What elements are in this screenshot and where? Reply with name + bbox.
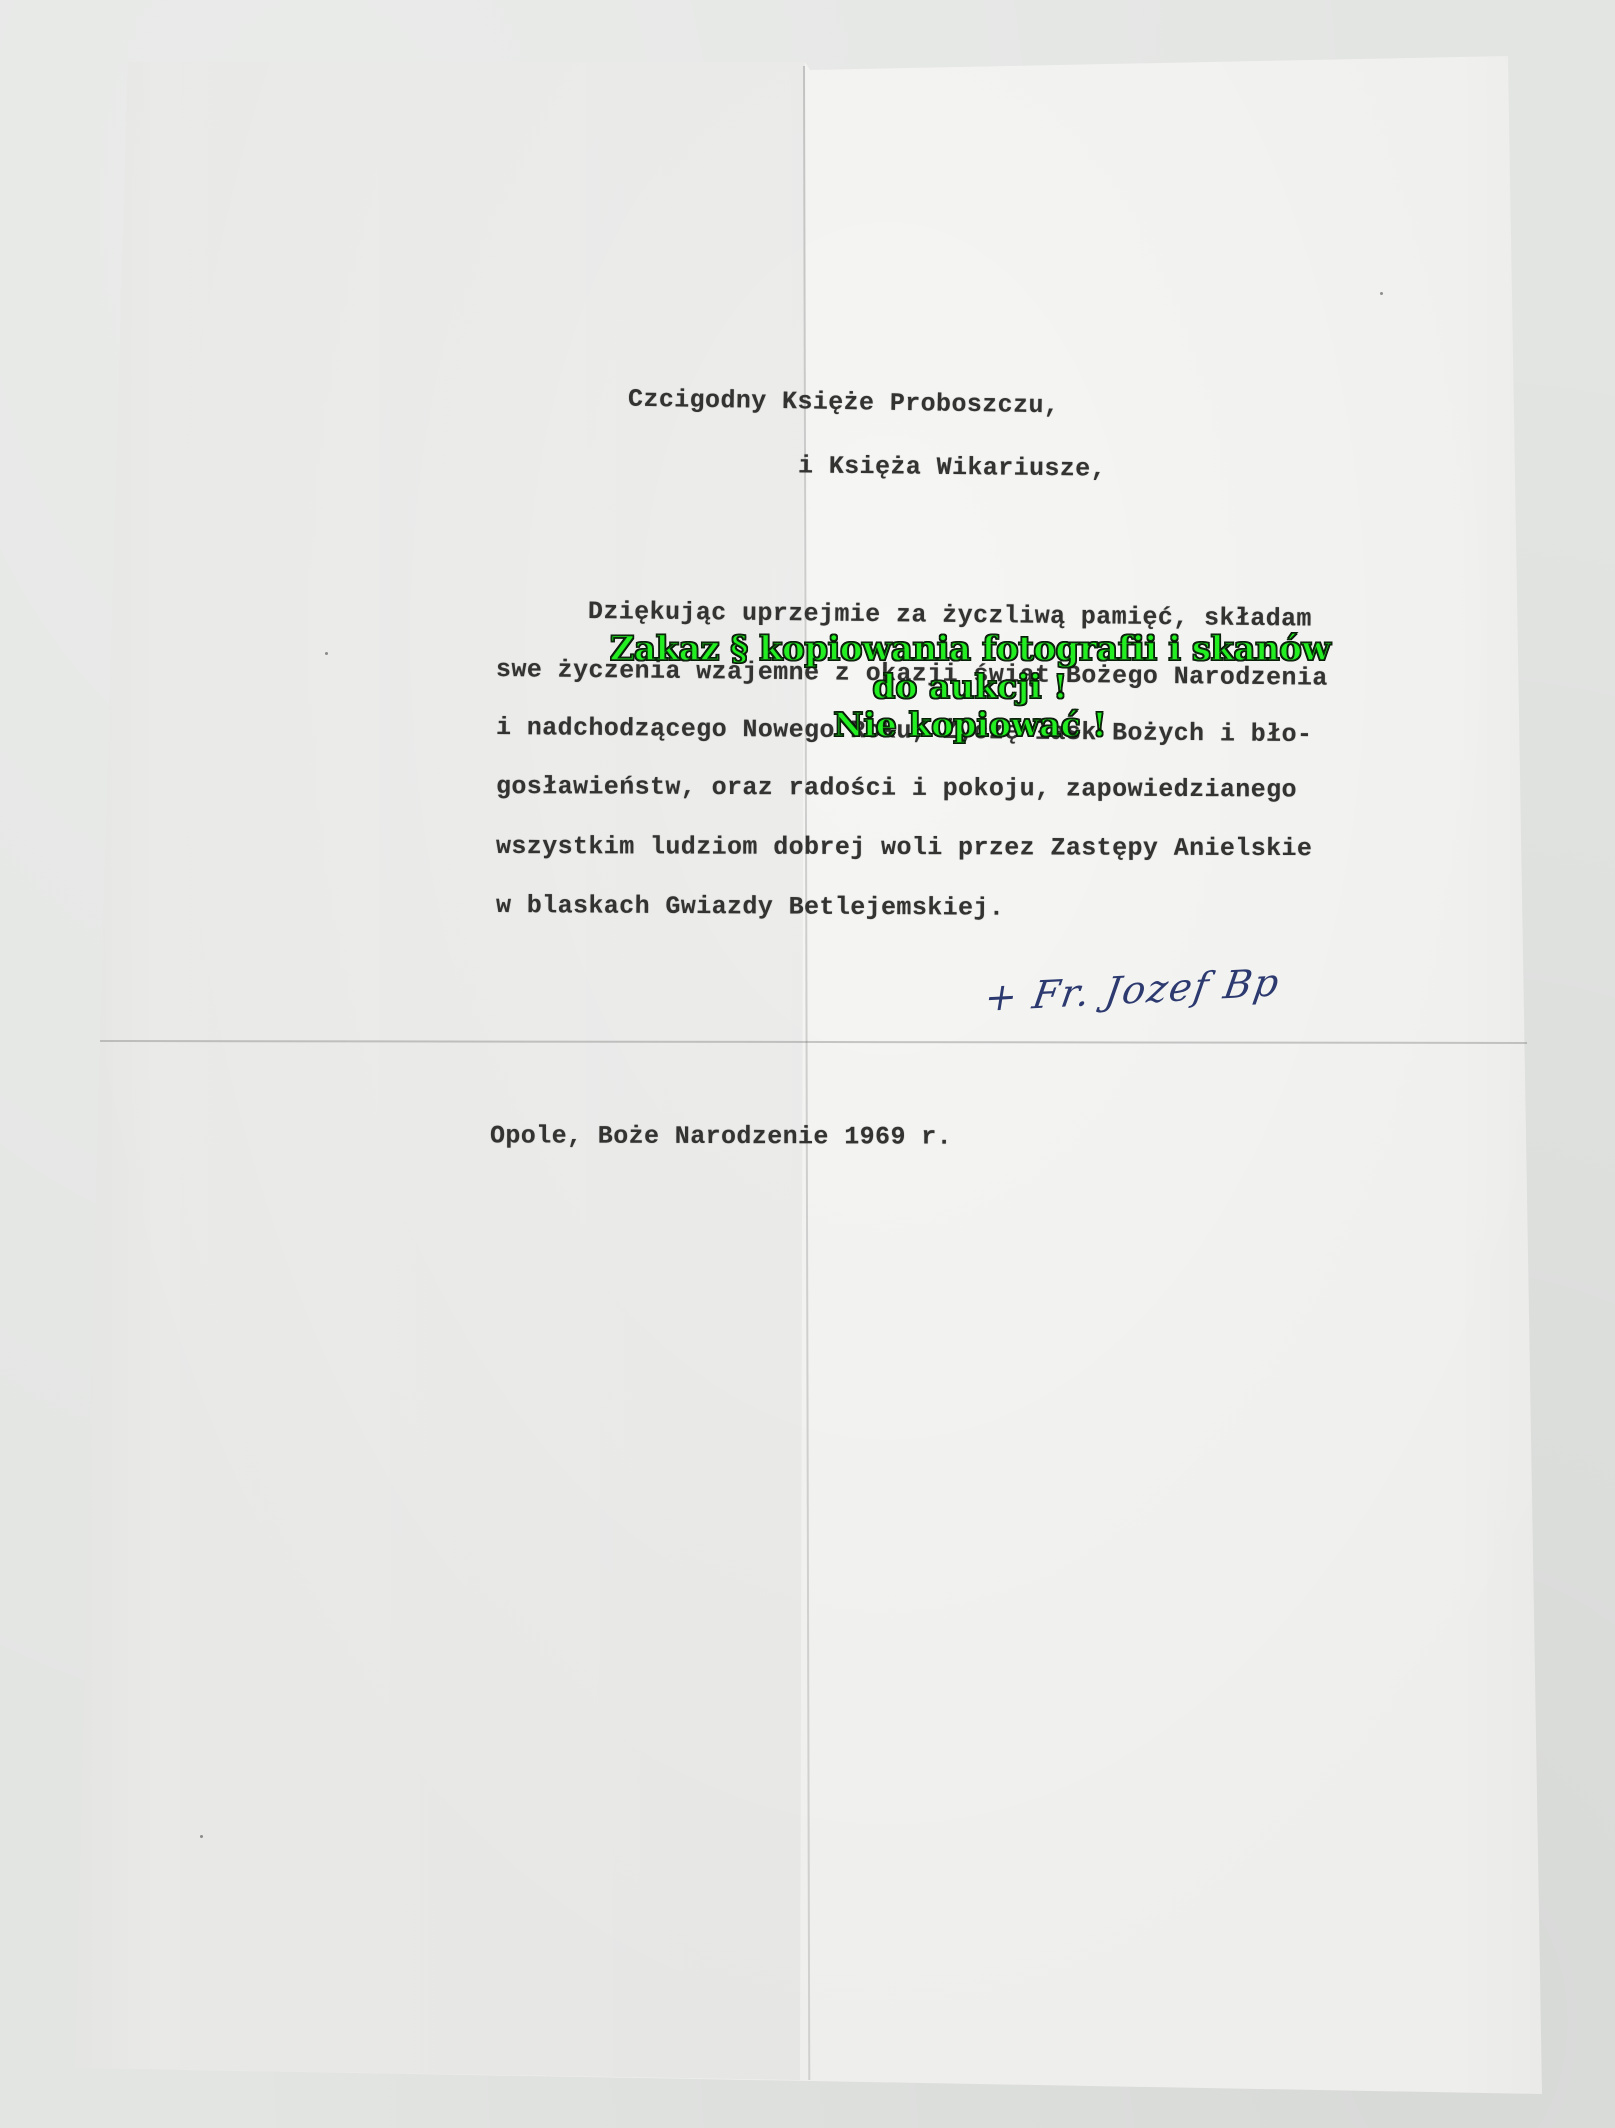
body-line: wszystkim ludziom dobrej woli przez Zast… bbox=[496, 832, 1312, 863]
paper-speck bbox=[325, 652, 328, 655]
watermark-line-2: do aukcji ! bbox=[560, 668, 1380, 706]
watermark-line-1: Zakaz § kopiowania fotografii i skanów bbox=[560, 630, 1380, 668]
place-and-date: Opole, Boże Narodzenie 1969 r. bbox=[490, 1121, 952, 1151]
salutation-line-2: i Księża Wikariusze, bbox=[798, 451, 1106, 483]
body-line: w blaskach Gwiazdy Betlejemskiej. bbox=[496, 891, 1004, 923]
body-line: gosławieństw, oraz radości i pokoju, zap… bbox=[496, 772, 1297, 804]
copyright-watermark: Zakaz § kopiowania fotografii i skanów d… bbox=[560, 630, 1380, 744]
paper-speck bbox=[200, 1835, 203, 1838]
watermark-line-3: Nie kopiować ! bbox=[560, 706, 1380, 744]
paper-speck bbox=[1380, 292, 1383, 295]
